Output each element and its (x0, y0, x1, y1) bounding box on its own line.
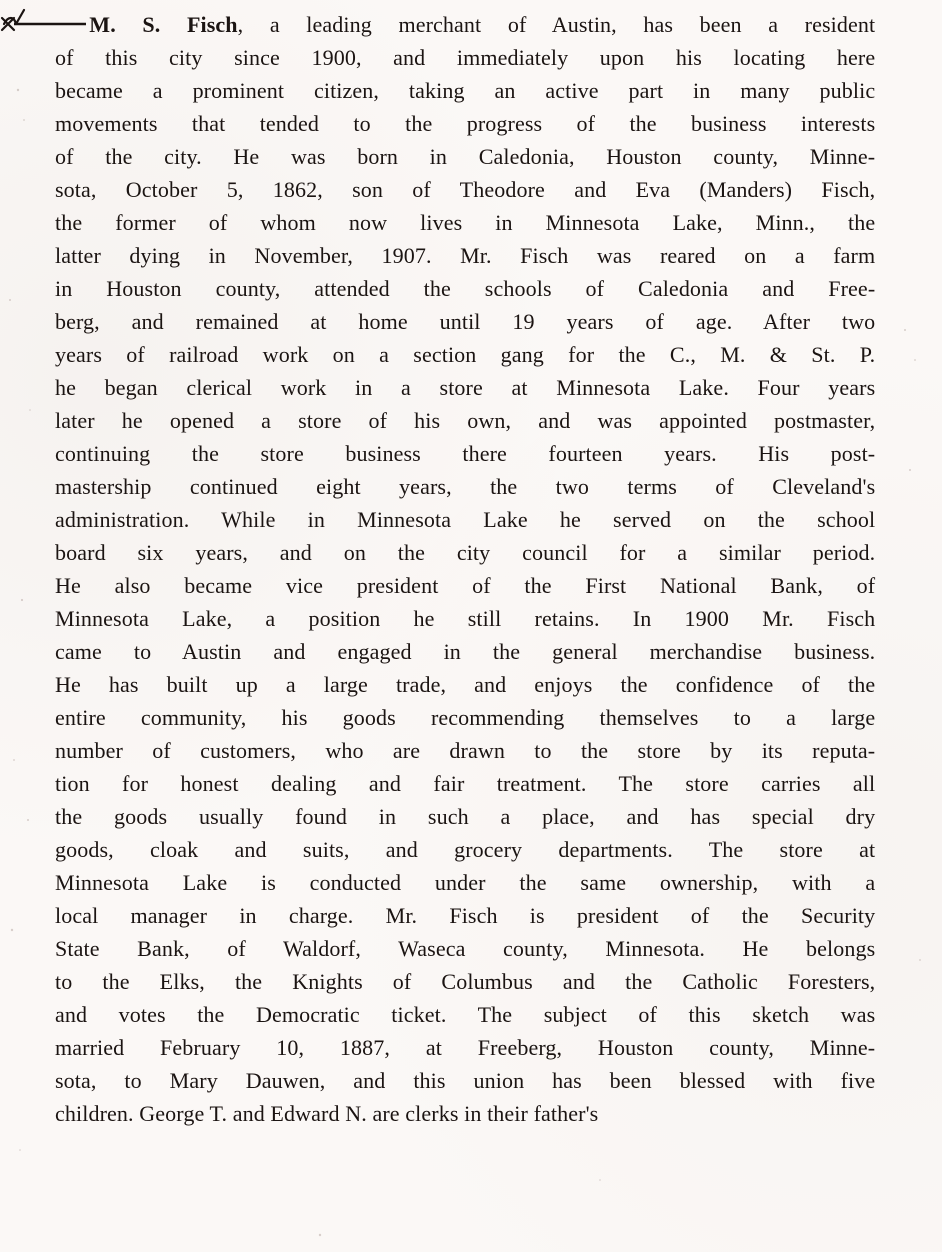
text-line: in Houston county, attended the schools … (55, 272, 875, 305)
text-line: children. George T. and Edward N. are cl… (55, 1097, 875, 1130)
text-line: administration. While in Minnesota Lake … (55, 503, 875, 536)
scanned-page: M. S. Fisch, a leading merchant of Austi… (0, 0, 942, 1252)
text-line: and votes the Democratic ticket. The sub… (55, 998, 875, 1031)
text-line: became a prominent citizen, taking an ac… (55, 74, 875, 107)
text-line: came to Austin and engaged in the genera… (55, 635, 875, 668)
text-line: the former of whom now lives in Minnesot… (55, 206, 875, 239)
text-line: State Bank, of Waldorf, Waseca county, M… (55, 932, 875, 965)
text-line: of this city since 1900, and immediately… (55, 41, 875, 74)
text-line: goods, cloak and suits, and grocery depa… (55, 833, 875, 866)
biography-text: M. S. Fisch, a leading merchant of Austi… (55, 8, 892, 1130)
text-line: sota, to Mary Dauwen, and this union has… (55, 1064, 875, 1097)
text-line: berg, and remained at home until 19 year… (55, 305, 875, 338)
text-line: he began clerical work in a store at Min… (55, 371, 875, 404)
text-line: local manager in charge. Mr. Fisch is pr… (55, 899, 875, 932)
text-line: tion for honest dealing and fair treatme… (55, 767, 875, 800)
text-line: Minnesota Lake, a position he still reta… (55, 602, 875, 635)
text-line: latter dying in November, 1907. Mr. Fisc… (55, 239, 875, 272)
text-line: continuing the store business there four… (55, 437, 875, 470)
text-line: married February 10, 1887, at Freeberg, … (55, 1031, 875, 1064)
text-line: the goods usually found in such a place,… (55, 800, 875, 833)
text-line: years of railroad work on a section gang… (55, 338, 875, 371)
text-line: sota, October 5, 1862, son of Theodore a… (55, 173, 875, 206)
text-line: He has built up a large trade, and enjoy… (55, 668, 875, 701)
text-line: M. S. Fisch, a leading merchant of Austi… (55, 8, 875, 41)
text-line: entire community, his goods recommending… (55, 701, 875, 734)
text-line: He also became vice president of the Fir… (55, 569, 875, 602)
text-line: board six years, and on the city council… (55, 536, 875, 569)
subject-name: M. S. Fisch (89, 12, 237, 37)
text-line: later he opened a store of his own, and … (55, 404, 875, 437)
text-line: of the city. He was born in Caledonia, H… (55, 140, 875, 173)
first-line-text: , a leading merchant of Austin, has been… (238, 12, 876, 37)
text-line: to the Elks, the Knights of Columbus and… (55, 965, 875, 998)
text-line: mastership continued eight years, the tw… (55, 470, 875, 503)
text-line: movements that tended to the progress of… (55, 107, 875, 140)
text-line: Minnesota Lake is conducted under the sa… (55, 866, 875, 899)
text-line: number of customers, who are drawn to th… (55, 734, 875, 767)
